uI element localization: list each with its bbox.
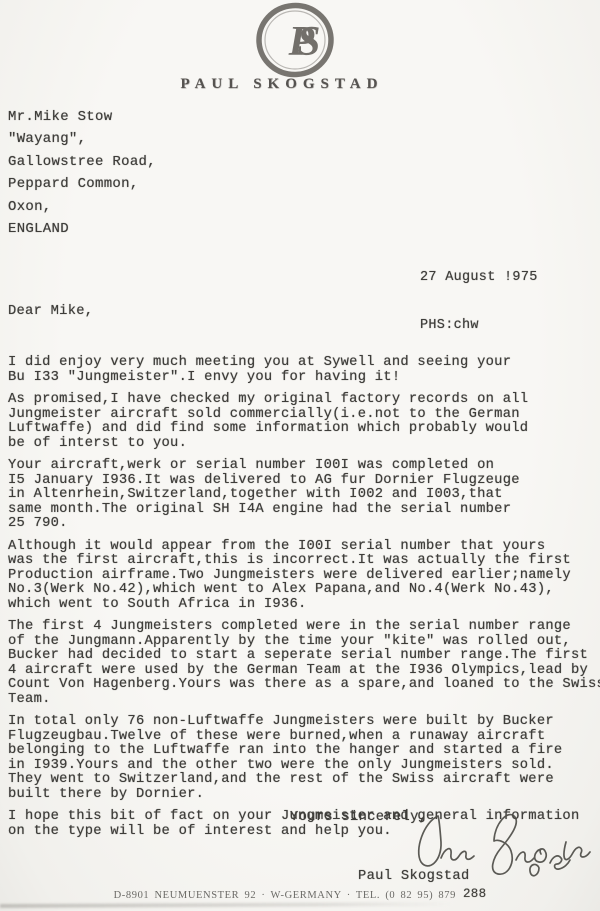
recipient-address-block: Mr.Mike Stow"Wayang",Gallowstree Road,Pe… <box>8 106 156 240</box>
scanned-letter-page: { "letterhead": { "monogram": "PS", "nam… <box>0 0 600 911</box>
recipient-address-line: Oxon, <box>8 196 156 218</box>
recipient-address-line: Peppard Common, <box>8 173 156 195</box>
recipient-address-line: Gallowstree Road, <box>8 151 156 173</box>
footer-printed-text: D-8901 NEUMUENSTER 92 · W-GERMANY · TEL.… <box>114 890 456 901</box>
letter-body: Dear Mike, I did enjoy very much meeting… <box>8 276 600 861</box>
letterhead-name: PAUL SKOGSTAD <box>0 76 564 93</box>
letter-paragraph: Although it would appear from the I00I s… <box>8 540 600 613</box>
signature-ink-icon <box>408 806 598 878</box>
salutation: Dear Mike, <box>8 305 600 320</box>
scan-smudge <box>0 902 452 908</box>
monogram-letters: PS <box>287 19 319 65</box>
letterhead-footer: D-8901 NEUMUENSTER 92 · W-GERMANY · TEL.… <box>0 888 600 902</box>
recipient-address-line: Mr.Mike Stow <box>8 106 156 128</box>
valediction: Yours sincerely, <box>290 810 427 825</box>
paragraphs-container: I did enjoy very much meeting you at Syw… <box>8 356 600 839</box>
letter-paragraph: As promised,I have checked my original f… <box>8 393 600 451</box>
letterhead-logo: PS <box>252 2 338 78</box>
letter-paragraph: Your aircraft,werk or serial number I00I… <box>8 459 600 532</box>
footer-typed-number: 288 <box>463 887 486 901</box>
recipient-address-line: ENGLAND <box>8 218 156 240</box>
letter-paragraph: In total only 76 non-Luftwaffe Jungmeist… <box>8 715 600 803</box>
letter-paragraph: I did enjoy very much meeting you at Syw… <box>8 356 600 385</box>
monogram-seal-icon: PS <box>252 2 338 78</box>
letter-paragraph: The first 4 Jungmeisters completed were … <box>8 620 600 708</box>
typed-signature-name: Paul Skogstad <box>358 869 470 884</box>
recipient-address-line: "Wayang", <box>8 128 156 150</box>
handwritten-signature <box>408 806 598 878</box>
